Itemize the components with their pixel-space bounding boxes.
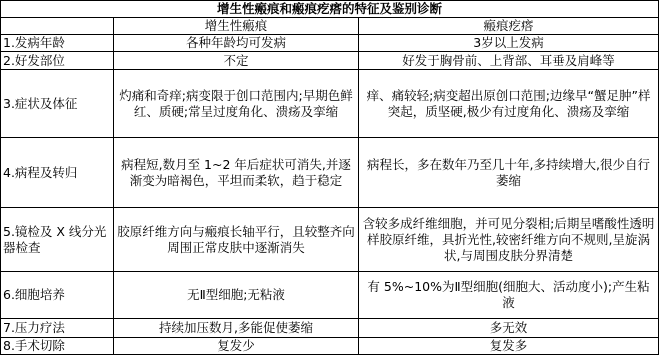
column-header-keloid: 瘢痕疙瘩 <box>359 18 659 35</box>
keloid-cell: 多无效 <box>359 319 659 338</box>
row-label: 7.压力疗法 <box>1 319 114 338</box>
keloid-cell: 好发于胸骨前、上背部、耳垂及肩峰等 <box>359 52 659 70</box>
table-row: 8.手术切除 复发少 复发多 <box>1 338 659 355</box>
keloid-cell: 含较多成纤维细胞，并可见分裂相;后期呈嗜酸性透明样胶原纤维，具折光性,较密纤维方… <box>359 208 659 272</box>
row-label: 8.手术切除 <box>1 338 114 355</box>
table-row: 6.细胞培养 无Ⅱ型细胞;无粘液 有 5%~10%为Ⅱ型细胞(细胞大、活动度小)… <box>1 272 659 319</box>
hypertrophic-cell: 持续加压数月,多能促使萎缩 <box>114 319 359 338</box>
table-title-row: 增生性瘢痕和瘢痕疙瘩的特征及鉴别诊断 <box>1 1 659 18</box>
hypertrophic-cell: 不定 <box>114 52 359 70</box>
keloid-cell: 3岁以上发病 <box>359 35 659 52</box>
keloid-cell: 痒、痛较轻;病变超出原创口范围;边缘早“蟹足肿”样突起，质坚硬,极少有过度角化、… <box>359 70 659 138</box>
hypertrophic-cell: 各种年龄均可发病 <box>114 35 359 52</box>
row-label: 1.发病年龄 <box>1 35 114 52</box>
table-row: 3.症状及体征 灼痛和奇痒;病变限于创口范围内;早期色鲜红、质硬;常呈过度角化、… <box>1 70 659 138</box>
hypertrophic-cell: 复发少 <box>114 338 359 355</box>
keloid-cell: 复发多 <box>359 338 659 355</box>
table-row: 5.镜检及 X 线分光器检查 胶原纤维方向与瘢痕长轴平行，且较整齐向周围正常皮肤… <box>1 208 659 272</box>
corner-cell <box>1 18 114 35</box>
row-label: 4.病程及转归 <box>1 138 114 208</box>
column-header-hypertrophic: 增生性瘢痕 <box>114 18 359 35</box>
keloid-cell: 病程长，多在数年乃至几十年,多持续增大,很少自行萎缩 <box>359 138 659 208</box>
table-row: 1.发病年龄 各种年龄均可发病 3岁以上发病 <box>1 35 659 52</box>
comparison-table: 增生性瘢痕和瘢痕疙瘩的特征及鉴别诊断 增生性瘢痕 瘢痕疙瘩 1.发病年龄 各种年… <box>0 0 659 355</box>
table-row: 2.好发部位 不定 好发于胸骨前、上背部、耳垂及肩峰等 <box>1 52 659 70</box>
table-row: 7.压力疗法 持续加压数月,多能促使萎缩 多无效 <box>1 319 659 338</box>
row-label: 3.症状及体征 <box>1 70 114 138</box>
hypertrophic-cell: 胶原纤维方向与瘢痕长轴平行，且较整齐向周围正常皮肤中逐渐消失 <box>114 208 359 272</box>
table-row: 4.病程及转归 病程短,数月至 1~2 年后症状可消失,并逐渐变为暗褐色，平坦而… <box>1 138 659 208</box>
hypertrophic-cell: 无Ⅱ型细胞;无粘液 <box>114 272 359 319</box>
table-title: 增生性瘢痕和瘢痕疙瘩的特征及鉴别诊断 <box>1 1 659 18</box>
hypertrophic-cell: 灼痛和奇痒;病变限于创口范围内;早期色鲜红、质硬;常呈过度角化、溃疡及挛缩 <box>114 70 359 138</box>
row-label: 2.好发部位 <box>1 52 114 70</box>
row-label: 5.镜检及 X 线分光器检查 <box>1 208 114 272</box>
hypertrophic-cell: 病程短,数月至 1~2 年后症状可消失,并逐渐变为暗褐色，平坦而柔软，趋于稳定 <box>114 138 359 208</box>
keloid-cell: 有 5%~10%为Ⅱ型细胞(细胞大、活动度小);产生粘液 <box>359 272 659 319</box>
table-header-row: 增生性瘢痕 瘢痕疙瘩 <box>1 18 659 35</box>
row-label: 6.细胞培养 <box>1 272 114 319</box>
page: 增生性瘢痕和瘢痕疙瘩的特征及鉴别诊断 增生性瘢痕 瘢痕疙瘩 1.发病年龄 各种年… <box>0 0 662 363</box>
